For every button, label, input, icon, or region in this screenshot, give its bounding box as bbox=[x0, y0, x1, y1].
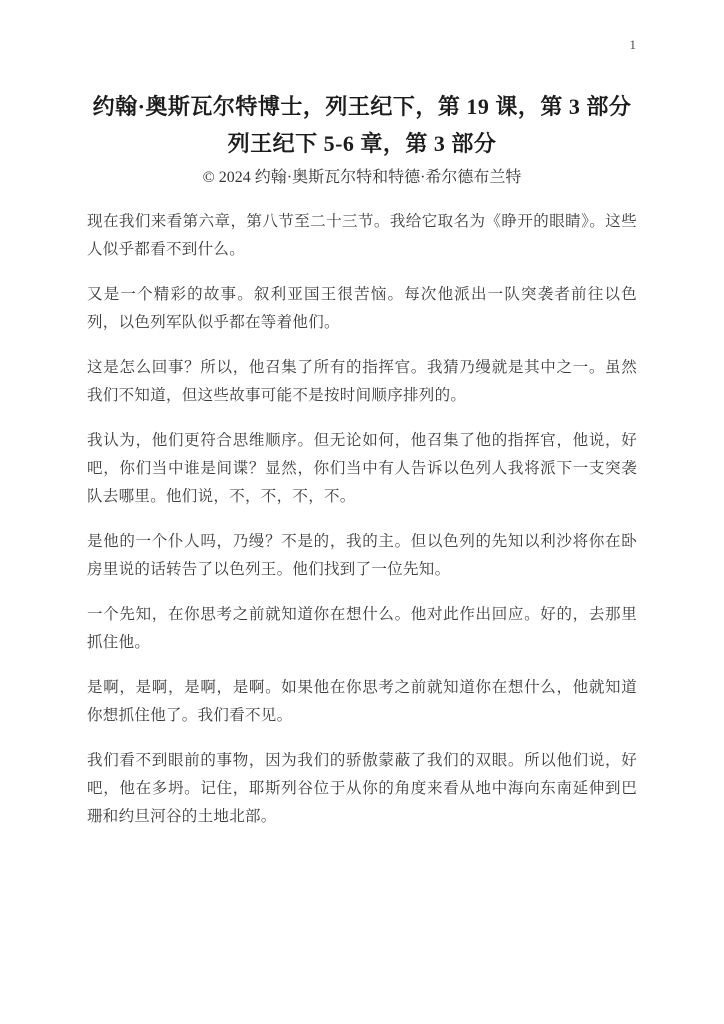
document-body: 现在我们来看第六章，第八节至二十三节。我给它取名为《睁开的眼睛》。这些人似乎都看… bbox=[0, 208, 724, 831]
paragraph: 这是怎么回事？所以，他召集了所有的指挥官。我猜乃缦就是其中之一。虽然我们不知道，… bbox=[87, 354, 637, 410]
paragraph: 我们看不到眼前的事物，因为我们的骄傲蒙蔽了我们的双眼。所以他们说，好吧，他在多坍… bbox=[87, 747, 637, 831]
paragraph: 是啊，是啊，是啊，是啊。如果他在你思考之前就知道你在想什么，他就知道你想抓住他了… bbox=[87, 674, 637, 730]
paragraph: 一个先知，在你思考之前就知道你在想什么。他对此作出回应。好的，去那里抓住他。 bbox=[87, 601, 637, 657]
document-title: 约翰·奥斯瓦尔特博士，列王纪下，第 19 课，第 3 部分 bbox=[86, 85, 638, 129]
document-subtitle: 列王纪下 5-6 章，第 3 部分 bbox=[86, 129, 638, 159]
document-page: 1 约翰·奥斯瓦尔特博士，列王纪下，第 19 课，第 3 部分 列王纪下 5-6… bbox=[0, 0, 724, 1024]
paragraph: 我认为，他们更符合思维顺序。但无论如何，他召集了他的指挥官，他说，好吧，你们当中… bbox=[87, 427, 637, 511]
document-header: 约翰·奥斯瓦尔特博士，列王纪下，第 19 课，第 3 部分 列王纪下 5-6 章… bbox=[0, 85, 724, 188]
page-number: 1 bbox=[630, 37, 637, 53]
copyright-line: © 2024 约翰·奥斯瓦尔特和特德·希尔德布兰特 bbox=[86, 168, 638, 188]
paragraph: 现在我们来看第六章，第八节至二十三节。我给它取名为《睁开的眼睛》。这些人似乎都看… bbox=[87, 208, 637, 264]
paragraph: 是他的一个仆人吗，乃缦？不是的，我的主。但以色列的先知以利沙将你在卧房里说的话转… bbox=[87, 528, 637, 584]
paragraph: 又是一个精彩的故事。叙利亚国王很苦恼。每次他派出一队突袭者前往以色列，以色列军队… bbox=[87, 281, 637, 337]
